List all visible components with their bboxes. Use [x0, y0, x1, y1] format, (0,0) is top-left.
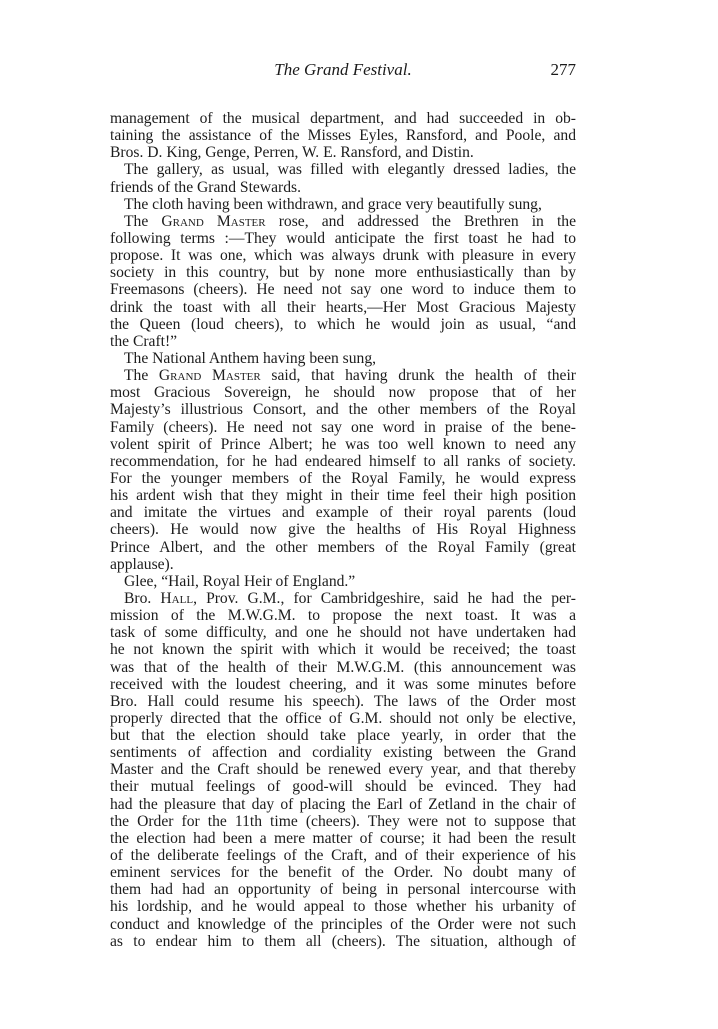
text-line: the Queen (loud cheers), to which he wou… — [110, 316, 576, 333]
running-title: The Grand Festival. — [110, 60, 576, 80]
text-line: as to endear him to them all (cheers). T… — [110, 933, 576, 950]
text-line: Master and the Craft should be renewed e… — [110, 761, 576, 778]
text-line: propose. It was one, which was always dr… — [110, 247, 576, 264]
text-line: For the younger members of the Royal Fam… — [110, 470, 576, 487]
text-line: Glee, “Hail, Royal Heir of England.” — [110, 573, 576, 590]
text-line: of the deliberate feelings of the Craft,… — [110, 847, 576, 864]
text-line: The gallery, as usual, was filled with e… — [110, 161, 576, 178]
text-line: volent spirit of Prince Albert; he was t… — [110, 436, 576, 453]
text-line: properly directed that the office of G.M… — [110, 710, 576, 727]
text-line: The Grand Master rose, and addressed the… — [110, 213, 576, 230]
text-line: The cloth having been withdrawn, and gra… — [110, 196, 576, 213]
text-line: drink the toast with all their hearts,—H… — [110, 299, 576, 316]
text-line: his ardent wish that they might in their… — [110, 487, 576, 504]
text-line: most Gracious Sovereign, he should now p… — [110, 384, 576, 401]
text-line: task of some difficulty, and one he shou… — [110, 624, 576, 641]
running-head: The Grand Festival. 277 — [110, 60, 576, 84]
text-line: Prince Albert, and the other members of … — [110, 539, 576, 556]
text-line: management of the musical department, an… — [110, 110, 576, 127]
text-line: but that the election should take place … — [110, 727, 576, 744]
text-line: their mutual feelings of good-will shoul… — [110, 778, 576, 795]
text-line: Bro. Hall could resume his speech). The … — [110, 693, 576, 710]
page-number: 277 — [551, 60, 577, 80]
body-text: management of the musical department, an… — [110, 110, 576, 950]
text-line: the Craft!” — [110, 333, 576, 350]
text-line: had the pleasure that day of placing the… — [110, 796, 576, 813]
text-line: the Order for the 11th time (cheers). Th… — [110, 813, 576, 830]
text-line: applause). — [110, 556, 576, 573]
text-line: Majesty’s illustrious Consort, and the o… — [110, 401, 576, 418]
text-line: Bros. D. King, Genge, Perren, W. E. Rans… — [110, 144, 576, 161]
text-line: cheers). He would now give the healths o… — [110, 521, 576, 538]
text-line: taining the assistance of the Misses Eyl… — [110, 127, 576, 144]
text-line: conduct and knowledge of the principles … — [110, 916, 576, 933]
small-caps-name: Grand Master — [159, 367, 261, 384]
text-line: them had had an opportunity of being in … — [110, 881, 576, 898]
small-caps-name: Grand Master — [161, 213, 265, 230]
text-line: Bro. Hall, Prov. G.M., for Cambridgeshir… — [110, 590, 576, 607]
text-line: society in this country, but by none mor… — [110, 264, 576, 281]
text-line: The National Anthem having been sung, — [110, 350, 576, 367]
text-line: recommendation, for he had endeared hims… — [110, 453, 576, 470]
text-line: sentiments of affection and cordiality e… — [110, 744, 576, 761]
text-line: and imitate the virtues and example of t… — [110, 504, 576, 521]
text-line: friends of the Grand Stewards. — [110, 179, 576, 196]
text-line: mission of the M.W.G.M. to propose the n… — [110, 607, 576, 624]
text-line: The Grand Master said, that having drunk… — [110, 367, 576, 384]
text-line: was that of the health of their M.W.G.M.… — [110, 659, 576, 676]
text-line: Family (cheers). He need not say one wor… — [110, 419, 576, 436]
small-caps-name: Hall — [160, 590, 193, 607]
text-line: eminent services for the benefit of the … — [110, 864, 576, 881]
text-line: the election had been a mere matter of c… — [110, 830, 576, 847]
text-line: his lordship, and he would appeal to tho… — [110, 898, 576, 915]
text-line: following terms :—They would anticipate … — [110, 230, 576, 247]
book-page: The Grand Festival. 277 management of th… — [0, 0, 718, 1029]
text-line: Freemasons (cheers). He need not say one… — [110, 281, 576, 298]
text-line: he not known the spirit with which it wo… — [110, 641, 576, 658]
text-line: received with the loudest cheering, and … — [110, 676, 576, 693]
